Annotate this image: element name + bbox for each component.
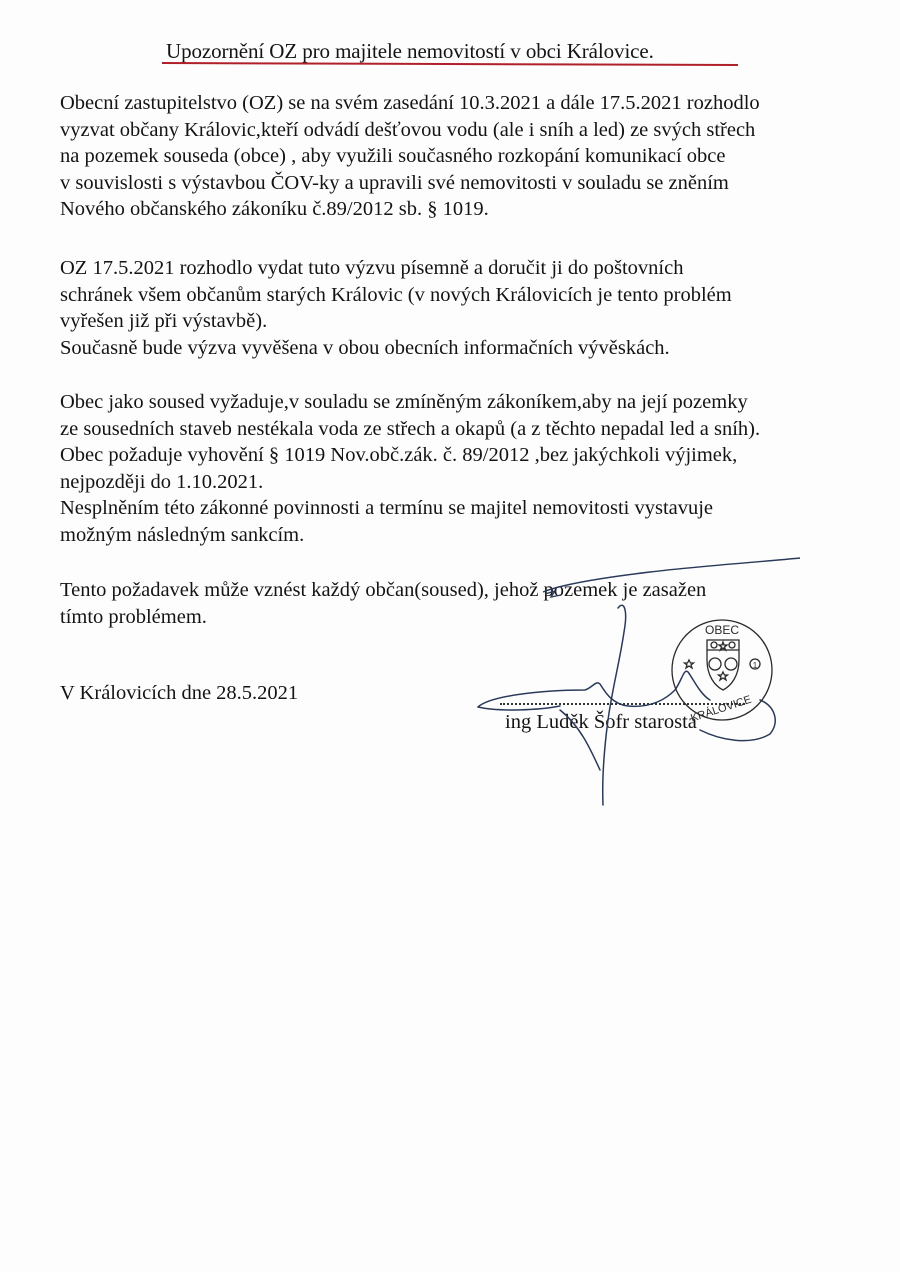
paragraph-3: Obec jako soused vyžaduje,v souladu se z… <box>60 389 760 548</box>
signature-icon <box>478 605 775 805</box>
text-line: tímto problémem. <box>60 604 706 631</box>
text-line: Tento požadavek může vznést každý občan(… <box>60 577 706 604</box>
text-line: vyřešen již při výstavbě). <box>60 308 732 335</box>
text-line: Nového občanského zákoníku č.89/2012 sb.… <box>60 196 760 223</box>
paragraph-1: Obecní zastupitelstvo (OZ) se na svém za… <box>60 90 760 223</box>
text-line: Současně bude výzva vyvěšena v obou obec… <box>60 335 732 362</box>
document-page: Upozornění OZ pro majitele nemovitostí v… <box>0 0 900 1272</box>
place-and-date: V Královicích dne 28.5.2021 <box>60 680 298 706</box>
stamp-number: 1 <box>753 661 758 670</box>
text-line: vyzvat občany Královic,kteří odvádí dešť… <box>60 117 760 144</box>
document-title: Upozornění OZ pro majitele nemovitostí v… <box>166 38 654 64</box>
signature-line <box>500 703 745 705</box>
text-line: Obec požaduje vyhovění § 1019 Nov.obč.zá… <box>60 442 760 469</box>
text-line: možným následným sankcím. <box>60 522 760 549</box>
stamp-bottom-text: KRÁLOVICE <box>689 693 753 725</box>
text-line: schránek všem občanům starých Královic (… <box>60 282 732 309</box>
text-line: nejpozději do 1.10.2021. <box>60 469 760 496</box>
text-line: ze sousedních staveb nestékala voda ze s… <box>60 416 760 443</box>
stamp-top-text: OBEC <box>705 623 739 637</box>
paragraph-2: OZ 17.5.2021 rozhodlo vydat tuto výzvu p… <box>60 255 732 361</box>
text-line: v souvislosti s výstavbou ČOV-ky a uprav… <box>60 170 760 197</box>
text-line: OZ 17.5.2021 rozhodlo vydat tuto výzvu p… <box>60 255 732 282</box>
paragraph-4: Tento požadavek může vznést každý občan(… <box>60 577 706 630</box>
text-line: Obec jako soused vyžaduje,v souladu se z… <box>60 389 760 416</box>
text-line: na pozemek souseda (obce) , aby využili … <box>60 143 760 170</box>
text-line: Obecní zastupitelstvo (OZ) se na svém za… <box>60 90 760 117</box>
official-stamp-icon <box>672 620 772 720</box>
signer-name: ing Luděk Šofr starosta <box>505 709 697 735</box>
text-line: Nesplněním této zákonné povinnosti a ter… <box>60 495 760 522</box>
